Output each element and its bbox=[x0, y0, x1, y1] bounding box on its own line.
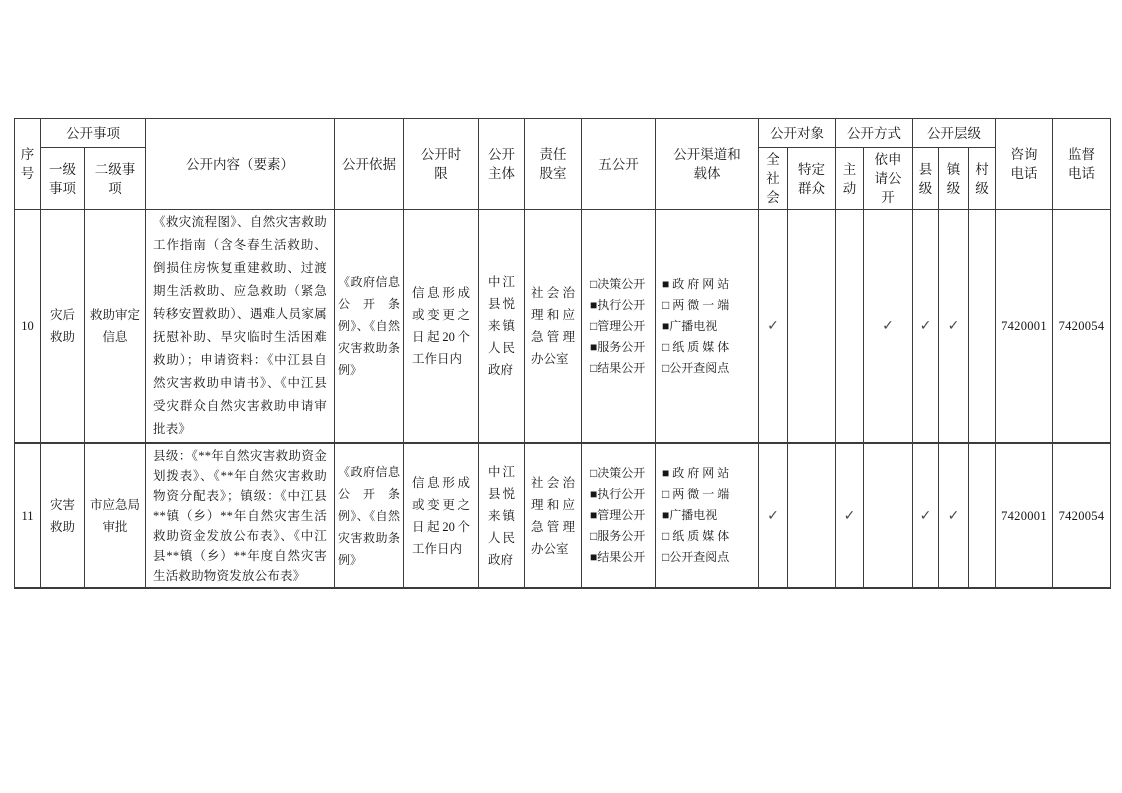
five-disclosure-item: □决策公开 bbox=[590, 463, 652, 484]
cell-on-request-check: ✓ bbox=[864, 210, 913, 444]
header-county: 县级 bbox=[913, 148, 939, 210]
header-village: 村级 bbox=[969, 148, 996, 210]
header-content: 公开内容（要素） bbox=[146, 119, 335, 210]
cell-subject: 中江县悦来镇人民政府 bbox=[479, 443, 525, 588]
five-disclosure-item: ■执行公开 bbox=[590, 484, 652, 505]
cell-basis: 《政府信息公开条例》、《自然灾害救助条例》 bbox=[335, 443, 404, 588]
cell-county-check: ✓ bbox=[913, 443, 939, 588]
header-time-limit-label: 公开时限 bbox=[418, 145, 464, 183]
header-consult-phone-label: 咨询电话 bbox=[1007, 145, 1041, 183]
header-all-society: 全社会 bbox=[759, 148, 788, 210]
cell-content: 《救灾流程图》、自然灾害救助工作指南（含冬春生活救助、倒损住房恢复重建救助、过渡… bbox=[146, 210, 335, 444]
cell-level2-text: 市应急局审批 bbox=[89, 494, 141, 538]
cell-office: 社会治理和应急管理办公室 bbox=[525, 443, 582, 588]
header-on-request: 依申请公开 bbox=[864, 148, 913, 210]
cell-basis: 《政府信息公开条例》、《自然灾害救助条例》 bbox=[335, 210, 404, 444]
header-level1: 一级事项 bbox=[41, 148, 85, 210]
cell-supervise-phone: 7420054 bbox=[1053, 443, 1111, 588]
cell-active-check: ✓ bbox=[836, 443, 864, 588]
cell-town-check: ✓ bbox=[939, 443, 969, 588]
cell-level1: 灾害救助 bbox=[41, 443, 85, 588]
cell-seq: 10 bbox=[15, 210, 41, 444]
channel-item: □公开查阅点 bbox=[662, 547, 755, 568]
cell-time-limit: 信息形成或变更之日起20个工作日内 bbox=[404, 443, 479, 588]
cell-five-disclosure: □决策公开 ■执行公开 ■管理公开 □服务公开 ■结果公开 bbox=[582, 443, 656, 588]
five-disclosure-item: □结果公开 bbox=[590, 358, 652, 379]
five-disclosure-item: □决策公开 bbox=[590, 274, 652, 295]
header-specific-group: 特定群众 bbox=[788, 148, 836, 210]
header-supervise-phone-label: 监督电话 bbox=[1065, 145, 1099, 183]
channel-item: □ 两 微 一 端 bbox=[662, 484, 755, 505]
cell-office: 社会治理和应急管理办公室 bbox=[525, 210, 582, 444]
cell-specific-group-check bbox=[788, 210, 836, 444]
cell-level2-text: 救助审定信息 bbox=[89, 304, 141, 348]
cell-level2: 市应急局审批 bbox=[85, 443, 146, 588]
cell-five-disclosure: □决策公开 ■执行公开 □管理公开 ■服务公开 □结果公开 bbox=[582, 210, 656, 444]
header-target: 公开对象 bbox=[759, 119, 836, 148]
channel-item: □ 纸 质 媒 体 bbox=[662, 526, 755, 547]
cell-seq: 11 bbox=[15, 443, 41, 588]
cell-level2: 救助审定信息 bbox=[85, 210, 146, 444]
channel-item: ■广播电视 bbox=[662, 316, 755, 337]
five-disclosure-item: ■执行公开 bbox=[590, 295, 652, 316]
header-county-label: 县级 bbox=[917, 160, 933, 198]
header-village-label: 村级 bbox=[974, 160, 990, 198]
five-disclosure-item: ■管理公开 bbox=[590, 505, 652, 526]
header-all-society-label: 全社会 bbox=[765, 150, 781, 207]
cell-consult-phone: 7420001 bbox=[996, 443, 1053, 588]
header-five-disclosure: 五公开 bbox=[582, 119, 656, 210]
cell-all-society-check: ✓ bbox=[759, 443, 788, 588]
document-page: 序号 公开事项 公开内容（要素） 公开依据 公开时限 公开主体 责任股室 五公开… bbox=[0, 0, 1122, 793]
channel-item: □ 两 微 一 端 bbox=[662, 295, 755, 316]
header-town: 镇级 bbox=[939, 148, 969, 210]
header-subject-label: 公开主体 bbox=[485, 145, 519, 183]
header-seq: 序号 bbox=[15, 119, 41, 210]
cell-level1: 灾后救助 bbox=[41, 210, 85, 444]
cell-content: 县级：《**年自然灾害救助资金划拨表》、《**年自然灾害救助物资分配表》；镇级：… bbox=[146, 443, 335, 588]
header-level2-label: 二级事项 bbox=[92, 160, 138, 198]
five-disclosure-item: □管理公开 bbox=[590, 316, 652, 337]
disclosure-table: 序号 公开事项 公开内容（要素） 公开依据 公开时限 公开主体 责任股室 五公开… bbox=[14, 118, 1111, 589]
cell-subject: 中江县悦来镇人民政府 bbox=[479, 210, 525, 444]
header-channel-label: 公开渠道和载体 bbox=[669, 145, 745, 183]
header-office-label: 责任股室 bbox=[536, 145, 570, 183]
cell-level1-text: 灾后救助 bbox=[47, 304, 78, 348]
cell-channels: ■ 政 府 网 站 □ 两 微 一 端 ■广播电视 □ 纸 质 媒 体 □公开查… bbox=[656, 210, 759, 444]
cell-time-limit: 信息形成或变更之日起20个工作日内 bbox=[404, 210, 479, 444]
header-level1-label: 一级事项 bbox=[46, 160, 80, 198]
header-public-item: 公开事项 bbox=[41, 119, 146, 148]
five-disclosure-item: ■结果公开 bbox=[590, 547, 652, 568]
cell-supervise-phone: 7420054 bbox=[1053, 210, 1111, 444]
channel-item: ■ 政 府 网 站 bbox=[662, 463, 755, 484]
header-supervise-phone: 监督电话 bbox=[1053, 119, 1111, 210]
cell-all-society-check: ✓ bbox=[759, 210, 788, 444]
header-on-request-label: 依申请公开 bbox=[871, 150, 905, 207]
header-basis: 公开依据 bbox=[335, 119, 404, 210]
header-level: 公开层级 bbox=[913, 119, 996, 148]
header-active: 主动 bbox=[836, 148, 864, 210]
header-active-label: 主动 bbox=[841, 160, 857, 198]
header-method: 公开方式 bbox=[836, 119, 913, 148]
cell-level1-text: 灾害救助 bbox=[47, 494, 78, 538]
header-office: 责任股室 bbox=[525, 119, 582, 210]
header-channel: 公开渠道和载体 bbox=[656, 119, 759, 210]
cell-channels: ■ 政 府 网 站 □ 两 微 一 端 ■广播电视 □ 纸 质 媒 体 □公开查… bbox=[656, 443, 759, 588]
header-subject: 公开主体 bbox=[479, 119, 525, 210]
channel-item: ■ 政 府 网 站 bbox=[662, 274, 755, 295]
channel-item: □公开查阅点 bbox=[662, 358, 755, 379]
five-disclosure-item: ■服务公开 bbox=[590, 337, 652, 358]
cell-active-check bbox=[836, 210, 864, 444]
header-consult-phone: 咨询电话 bbox=[996, 119, 1053, 210]
cell-on-request-check bbox=[864, 443, 913, 588]
five-disclosure-item: □服务公开 bbox=[590, 526, 652, 547]
cell-village-check bbox=[969, 210, 996, 444]
cell-consult-phone: 7420001 bbox=[996, 210, 1053, 444]
table-row-10: 10 灾后救助 救助审定信息 《救灾流程图》、自然灾害救助工作指南（含冬春生活救… bbox=[15, 210, 1111, 444]
header-seq-label: 序号 bbox=[19, 145, 35, 183]
cell-specific-group-check bbox=[788, 443, 836, 588]
header-time-limit: 公开时限 bbox=[404, 119, 479, 210]
channel-item: ■广播电视 bbox=[662, 505, 755, 526]
header-specific-group-label: 特定群众 bbox=[795, 160, 829, 198]
cell-village-check bbox=[969, 443, 996, 588]
header-level2: 二级事项 bbox=[85, 148, 146, 210]
cell-town-check: ✓ bbox=[939, 210, 969, 444]
channel-item: □ 纸 质 媒 体 bbox=[662, 337, 755, 358]
cell-county-check: ✓ bbox=[913, 210, 939, 444]
table-row-11: 11 灾害救助 市应急局审批 县级：《**年自然灾害救助资金划拨表》、《**年自… bbox=[15, 443, 1111, 588]
header-town-label: 镇级 bbox=[945, 160, 961, 198]
